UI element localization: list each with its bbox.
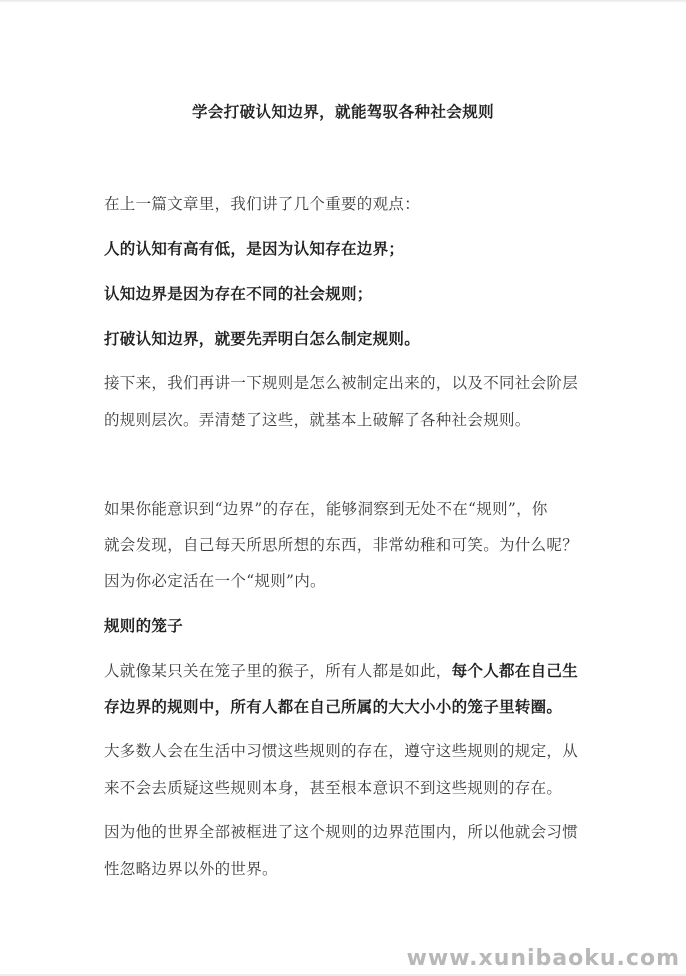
intro-paragraph: 在上一篇文章里，我们讲了几个重要的观点： [104, 194, 420, 214]
document-title: 学会打破认知边界，就能驾驭各种社会规则 [0, 102, 686, 122]
boundary-paragraph-line-1: 如果你能意识到“边界”的存在，能够洞察到无处不在“规则”，你 [104, 499, 548, 519]
key-point-1: 人的认知有高有低，是因为认知存在边界； [104, 239, 404, 259]
world-paragraph-line-1: 因为他的世界全部被框进了这个规则的边界范围内，所以他就会习惯 [104, 822, 578, 842]
key-point-2: 认知边界是因为存在不同的社会规则； [104, 284, 373, 304]
boundary-paragraph-line-3: 因为你必定活在一个“规则”内。 [104, 571, 326, 591]
key-point-3: 打破认知边界，就要先弄明白怎么制定规则。 [104, 329, 420, 349]
document-page: 学会打破认知边界，就能驾驭各种社会规则 在上一篇文章里，我们讲了几个重要的观点：… [0, 0, 686, 976]
boundary-paragraph-line-2: 就会发现，自己每天所思所想的东西，非常幼稚和可笑。为什么呢？ [104, 535, 578, 555]
habit-paragraph-line-1: 大多数人会在生活中习惯这些规则的存在，遵守这些规则的规定，从 [104, 741, 578, 761]
section-heading: 规则的笼子 [104, 616, 183, 636]
next-paragraph-line-1: 接下来，我们再讲一下规则是怎么被制定出来的，以及不同社会阶层 [104, 373, 578, 393]
next-paragraph-line-2: 的规则层次。弄清楚了这些，就基本上破解了各种社会规则。 [104, 410, 531, 430]
cage-paragraph-normal-text: 人就像某只关在笼子里的猴子，所有人都是如此， [104, 662, 452, 680]
cage-paragraph-line-2: 存边界的规则中，所有人都在自己所属的大大小小的笼子里转圈。 [104, 697, 562, 717]
habit-paragraph-line-2: 来不会去质疑这些规则本身，甚至根本意识不到这些规则的存在。 [104, 778, 562, 798]
cage-paragraph-bold-text: 每个人都在自己生 [452, 661, 578, 680]
cage-paragraph-line-1: 人就像某只关在笼子里的猴子，所有人都是如此，每个人都在自己生 [104, 661, 578, 681]
world-paragraph-line-2: 性忽略边界以外的世界。 [104, 859, 278, 879]
watermark: www.xunibaoku.com [407, 946, 680, 972]
